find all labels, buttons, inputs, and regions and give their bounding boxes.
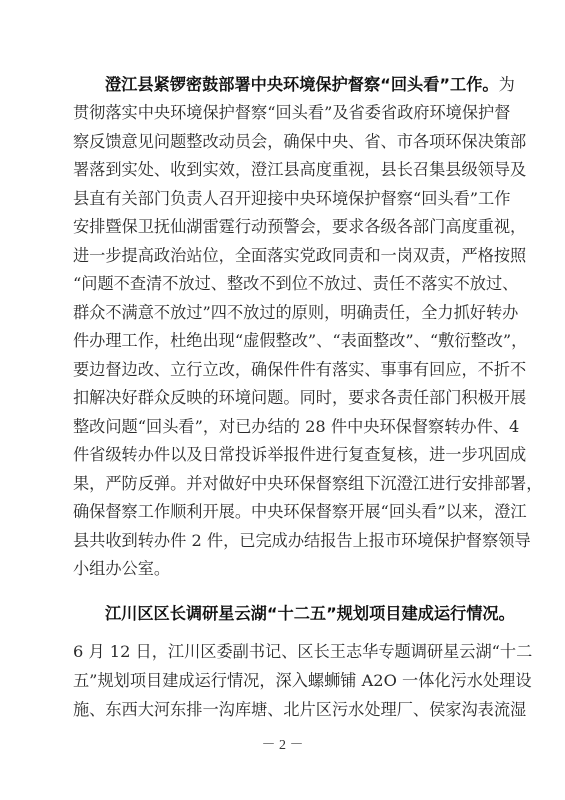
paragraph-line: “问题不查清不放过、整改不到位不放过、责任不落实不放过、 xyxy=(73,270,493,298)
paragraph-line: 整改问题“回头看”，对已办结的 28 件中央环保督察转办件、4 xyxy=(73,413,493,441)
paragraph-line: 小组办公室。 xyxy=(73,555,493,583)
paragraph-line: 扣解决好群众反映的环境问题。同时，要求各责任部门积极开展 xyxy=(73,384,493,412)
paragraph-line: 果，严防反弹。并对做好中央环保督察组下沉澄江进行安排部署， xyxy=(73,470,493,498)
section-heading-jiangchuan: 江川区区长调研星云湖“十二五”规划项目建成运行情况。 xyxy=(105,600,493,628)
paragraph-line: 件省级转办件以及日常投诉举报件进行复查复核，进一步巩固成 xyxy=(73,441,493,469)
paragraph-line: 安排暨保卫抚仙湖雷霆行动预警会，要求各级各部门高度重视， xyxy=(73,213,493,241)
paragraph-line: 进一步提高政治站位，全面落实党政同责和一岗双责，严格按照 xyxy=(73,242,493,270)
section-heading-chengjiang: 澄江县紧锣密鼓部署中央环境保护督察“回头看”工作。为 xyxy=(105,71,493,99)
paragraph-line: 县共收到转办件 2 件，已完成办结报告上报市环境保护督察领导 xyxy=(73,527,493,555)
paragraph-line: 要边督边改、立行立改，确保件件有落实、事事有回应，不折不 xyxy=(73,356,493,384)
paragraph-line: 施、东西大河东排一沟库塘、北片区污水处理厂、侯家沟表流湿 xyxy=(73,696,493,724)
paragraph-line: 署落到实处、收到实效，澄江县高度重视，县长召集县级领导及 xyxy=(73,156,493,184)
paragraph-line: 县直有关部门负责人召开迎接中央环境保护督察“回头看”工作 xyxy=(73,185,493,213)
paragraph-line: 6 月 12 日，江川区委副书记、区长王志华专题调研星云湖“十二 xyxy=(73,638,493,666)
heading-tail-text: 为 xyxy=(499,75,515,94)
heading-text: 澄江县紧锣密鼓部署中央环境保护督察“回头看”工作。 xyxy=(105,75,499,94)
paragraph-line: 群众不满意不放过”四不放过的原则，明确责任，全力抓好转办 xyxy=(73,299,493,327)
paragraph-line: 五”规划项目建成运行情况，深入螺蛳铺 A2O 一体化污水处理设 xyxy=(73,667,493,695)
paragraph-line: 贯彻落实中央环境保护督察“回头看”及省委省政府环境保护督 xyxy=(73,99,493,127)
paragraph-line: 察反馈意见问题整改动员会，确保中央、省、市各项环保决策部 xyxy=(73,128,493,156)
heading-text: 江川区区长调研星云湖“十二五”规划项目建成运行情况。 xyxy=(105,604,515,623)
paragraph-line: 确保督察工作顺利开展。中央环保督察开展“回头看”以来，澄江 xyxy=(73,498,493,526)
page-number: － 2 － xyxy=(0,734,565,754)
paragraph-line: 件办理工作，杜绝出现“虚假整改”、“表面整改”、“敷衍整改”， xyxy=(73,327,493,355)
document-page: 澄江县紧锣密鼓部署中央环境保护督察“回头看”工作。为 贯彻落实中央环境保护督察“… xyxy=(0,0,565,800)
